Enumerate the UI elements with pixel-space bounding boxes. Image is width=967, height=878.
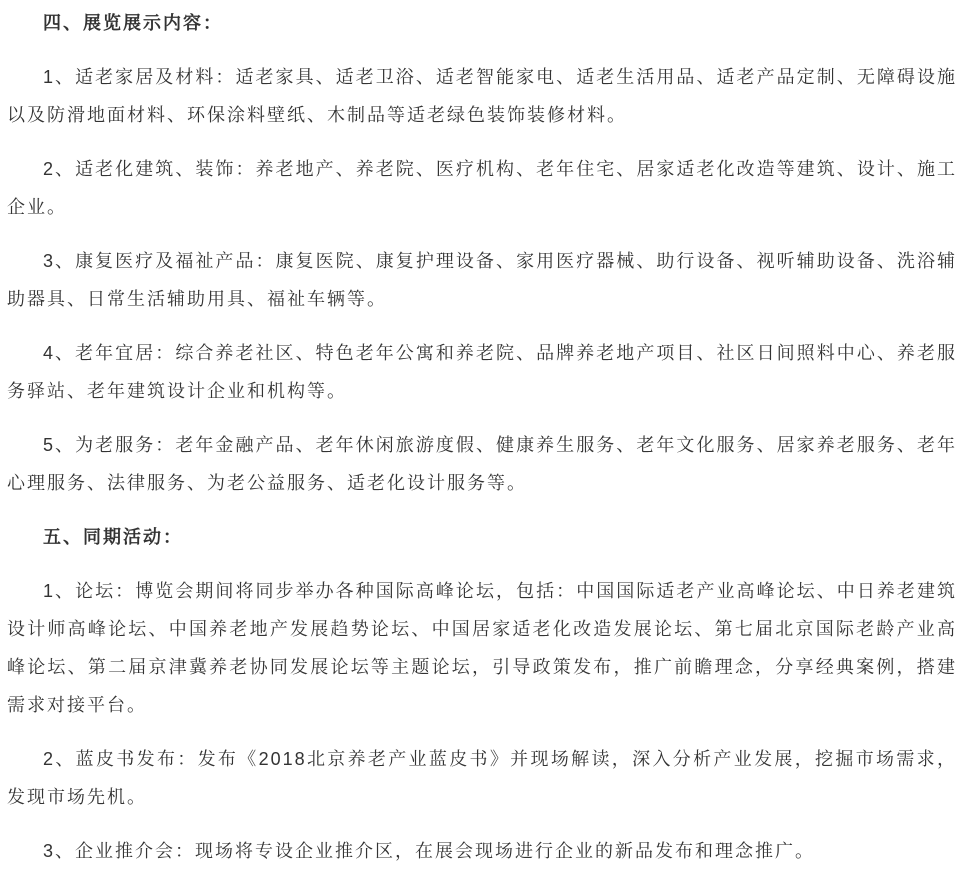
paragraph-exhibit-senior-services: 5、为老服务：老年金融产品、老年休闲旅游度假、健康养生服务、老年文化服务、居家养… [7,426,957,502]
paragraph-exhibit-rehab-welfare-products: 3、康复医疗及福祉产品：康复医院、康复护理设备、家用医疗器械、助行设备、视听辅助… [7,242,957,318]
section-heading-exhibition-content: 四、展览展示内容： [7,4,957,42]
paragraph-exhibit-senior-living: 4、老年宜居：综合养老社区、特色老年公寓和养老院、品牌养老地产项目、社区日间照料… [7,334,957,410]
paragraph-activity-forums: 1、论坛：博览会期间将同步举办各种国际高峰论坛，包括：中国国际适老产业高峰论坛、… [7,572,957,724]
article-body: 四、展览展示内容： 1、适老家居及材料：适老家具、适老卫浴、适老智能家电、适老生… [0,4,967,878]
paragraph-exhibit-architecture-decoration: 2、适老化建筑、装饰：养老地产、养老院、医疗机构、老年住宅、居家适老化改造等建筑… [7,150,957,226]
paragraph-activity-enterprise-promotion: 3、企业推介会：现场将专设企业推介区，在展会现场进行企业的新品发布和理念推广。 [7,832,957,870]
paragraph-exhibit-home-materials: 1、适老家居及材料：适老家具、适老卫浴、适老智能家电、适老生活用品、适老产品定制… [7,58,957,134]
paragraph-activity-bluebook-release: 2、蓝皮书发布：发布《2018北京养老产业蓝皮书》并现场解读，深入分析产业发展，… [7,740,957,816]
section-heading-concurrent-activities: 五、同期活动： [7,518,957,556]
